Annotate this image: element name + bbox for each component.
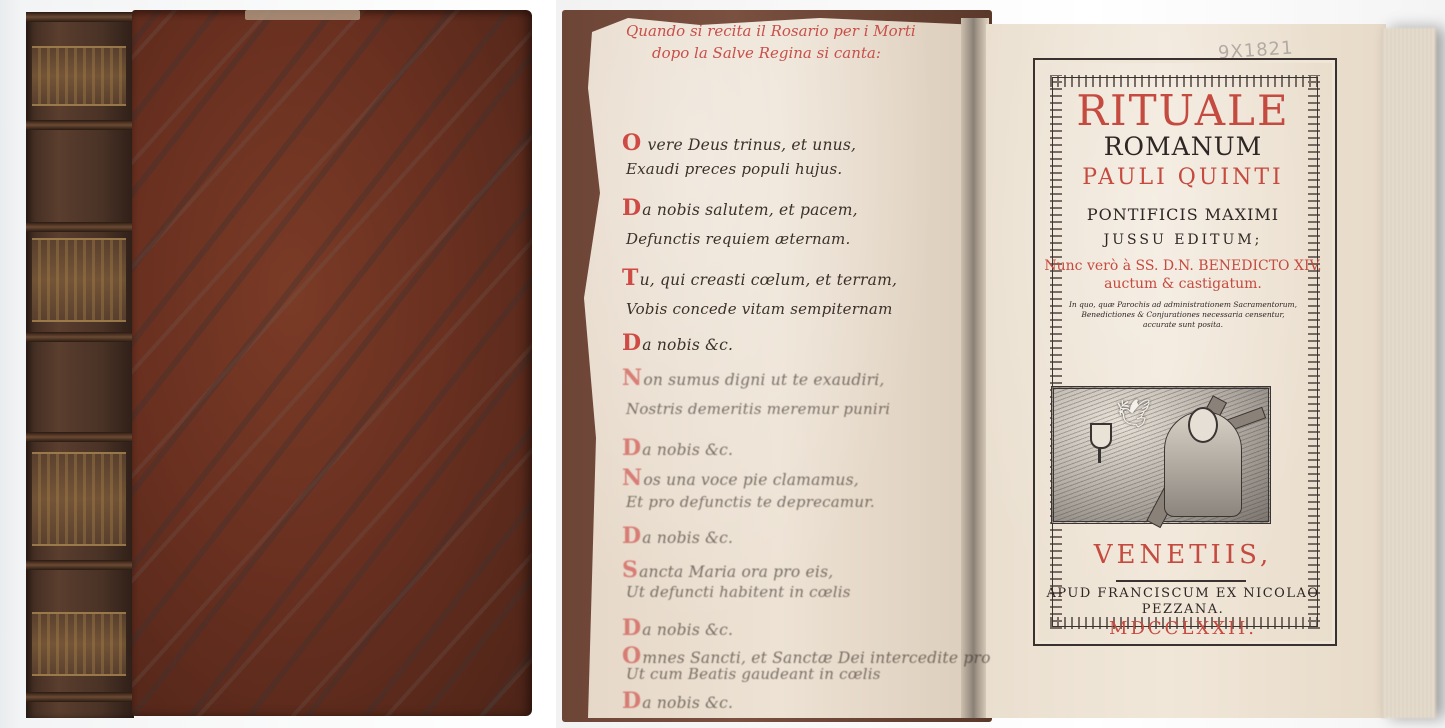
manuscript-line-text: a nobis &c. xyxy=(642,529,733,547)
manuscript-line-text: os una voce pie clamamus, xyxy=(643,471,859,489)
open-book-photo: Quando si recita il Rosario per i Morti … xyxy=(556,0,1445,728)
manuscript-line-text: on sumus digni ut te exaudiri, xyxy=(643,371,884,389)
spine-band xyxy=(26,332,134,342)
title-pauli-quinti: PAULI QUINTI xyxy=(1033,165,1333,190)
book-spine xyxy=(26,12,134,718)
spine-band xyxy=(26,222,134,232)
manuscript-line: Nostris demeritis meremur puniri xyxy=(626,400,890,418)
red-initial: D xyxy=(622,195,641,221)
manuscript-line: Da nobis &c. xyxy=(622,615,733,641)
chalice-stem xyxy=(1098,447,1101,463)
red-initial: O xyxy=(622,130,641,156)
title-nunc-line: Nunc verò à SS. D.N. BENEDICTO XIV. xyxy=(1033,258,1333,274)
manuscript-line-text: a nobis &c. xyxy=(642,621,733,639)
manuscript-line: Ut defuncti habitent in cœlis xyxy=(626,583,851,601)
title-small-line-1: In quo, quæ Parochis ad administrationem… xyxy=(1033,300,1333,310)
manuscript-line: Exaudi preces populi hujus. xyxy=(626,160,842,178)
spine-band xyxy=(26,432,134,442)
spine-band xyxy=(26,120,134,130)
imprint-place: VENETIIS, xyxy=(1033,540,1333,570)
spine-gilt-panel xyxy=(32,612,126,676)
manuscript-heading-2: dopo la Salve Regina si canta: xyxy=(652,42,962,64)
red-initial: D xyxy=(622,330,641,356)
title-pontificis: PONTIFICIS MAXIMI xyxy=(1033,205,1333,224)
spine-gilt-panel xyxy=(32,46,126,106)
leather-cover-board xyxy=(132,10,532,716)
manuscript-line-text: u, qui creasti cœlum, et terram, xyxy=(640,271,898,289)
manuscript-line-text: Ut cum Beatis gaudeant in cœlis xyxy=(626,665,881,683)
red-initial: N xyxy=(622,365,642,391)
manuscript-text: Quando si recita il Rosario per i Morti … xyxy=(622,20,962,64)
imprint-publisher-2: PEZZANA. xyxy=(1033,602,1333,617)
red-initial: D xyxy=(622,688,641,714)
manuscript-line: Da nobis &c. xyxy=(622,688,733,714)
manuscript-line: Defunctis requiem æternam. xyxy=(626,230,850,248)
manuscript-line: Ut cum Beatis gaudeant in cœlis xyxy=(626,665,881,683)
manuscript-line-text: Nostris demeritis meremur puniri xyxy=(626,400,890,418)
manuscript-line: Vobis concede vitam sempiternam xyxy=(626,300,893,318)
title-small-line-2: Benedictiones & Conjurationes necessaria… xyxy=(1033,310,1333,320)
red-initial: T xyxy=(622,265,639,291)
manuscript-line-text: Defunctis requiem æternam. xyxy=(626,230,850,248)
manuscript-line-text: a nobis salutem, et pacem, xyxy=(642,201,858,219)
red-initial: S xyxy=(622,557,638,583)
title-auctum-line: auctum & castigatum. xyxy=(1033,276,1333,292)
manuscript-line-text: Exaudi preces populi hujus. xyxy=(626,160,842,178)
dove-icon: 🕊 xyxy=(1116,397,1152,430)
cover-wear-mark xyxy=(245,10,360,20)
chalice-icon xyxy=(1090,423,1112,449)
saint-head xyxy=(1188,407,1218,443)
spine-band xyxy=(26,560,134,570)
manuscript-line: Da nobis &c. xyxy=(622,523,733,549)
imprint-year: MDCCLXXII. xyxy=(1033,618,1333,639)
manuscript-line-text: a nobis &c. xyxy=(642,441,733,459)
manuscript-line: Et pro defunctis te deprecamur. xyxy=(626,493,875,511)
manuscript-line: Da nobis &c. xyxy=(622,435,733,461)
closed-book-photo xyxy=(0,0,548,728)
manuscript-line: Sancta Maria ora pro eis, xyxy=(622,557,833,583)
engraving-vignette: 🕊 xyxy=(1051,386,1271,524)
manuscript-line-text: Et pro defunctis te deprecamur. xyxy=(626,493,875,511)
manuscript-line-text: a nobis &c. xyxy=(642,336,733,354)
manuscript-line-text: ancta Maria ora pro eis, xyxy=(639,563,833,581)
red-initial: N xyxy=(622,465,642,491)
red-initial: D xyxy=(622,615,641,641)
manuscript-line: Tu, qui creasti cœlum, et terram, xyxy=(622,265,897,291)
manuscript-line: Nos una voce pie clamamus, xyxy=(622,465,859,491)
book-gutter xyxy=(961,18,989,718)
manuscript-line: Da nobis salutem, et pacem, xyxy=(622,195,858,221)
manuscript-line-text: Ut defuncti habitent in cœlis xyxy=(626,583,851,601)
page-edges xyxy=(1382,28,1436,718)
manuscript-line: O vere Deus trinus, et unus, xyxy=(622,130,856,156)
imprint-rule xyxy=(1116,580,1246,582)
manuscript-heading-1: Quando si recita il Rosario per i Morti xyxy=(626,20,962,42)
imprint-publisher-1: APUD FRANCISCUM EX NICOLAO xyxy=(1033,586,1333,601)
title-small-line-3: accurate sunt posita. xyxy=(1033,320,1333,330)
manuscript-line-text: vere Deus trinus, et unus, xyxy=(642,136,856,154)
spine-band xyxy=(26,692,134,702)
spine-gilt-panel xyxy=(32,238,126,322)
manuscript-line: Da nobis &c. xyxy=(622,330,733,356)
red-initial: D xyxy=(622,523,641,549)
manuscript-line: Non sumus digni ut te exaudiri, xyxy=(622,365,885,391)
title-romanum: ROMANUM xyxy=(1033,132,1333,161)
red-initial: D xyxy=(622,435,641,461)
spine-band xyxy=(26,12,134,22)
title-rituale: RITUALE xyxy=(1033,86,1333,135)
spine-gilt-panel xyxy=(32,452,126,546)
manuscript-line-text: Vobis concede vitam sempiternam xyxy=(626,300,893,318)
title-jussu: JUSSU EDITUM; xyxy=(1033,232,1333,248)
manuscript-line-text: a nobis &c. xyxy=(642,694,733,712)
